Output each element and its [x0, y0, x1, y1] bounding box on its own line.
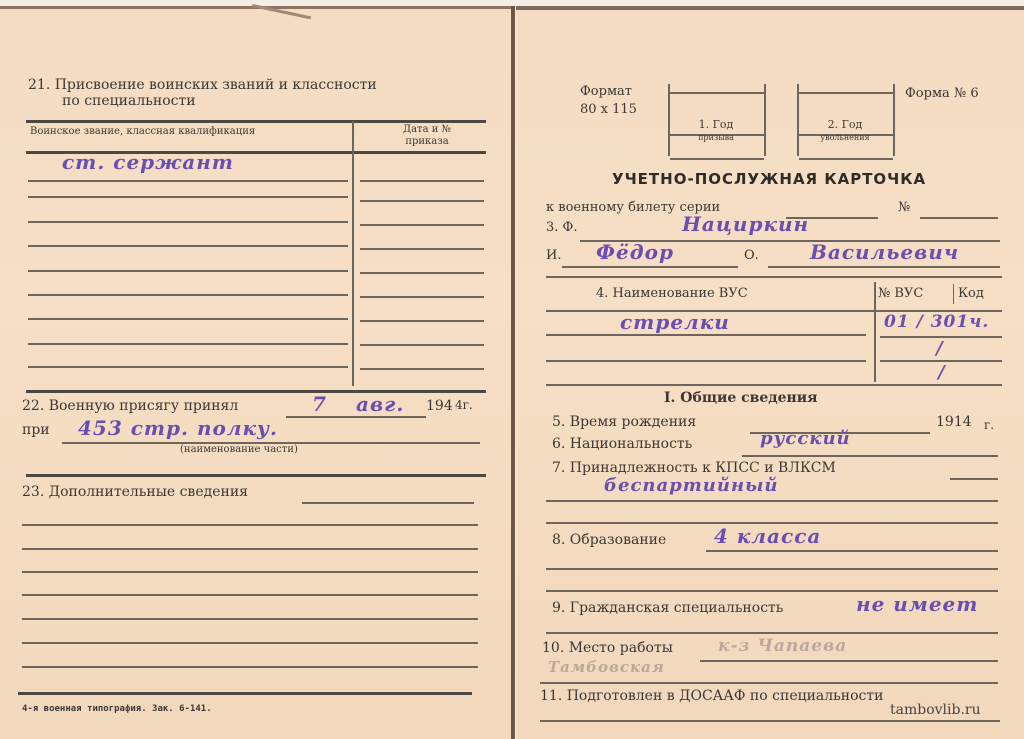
divider [546, 632, 998, 634]
notes-line [22, 618, 478, 620]
table-row-line [360, 248, 484, 250]
oath-unit-caption: (наименование части) [180, 444, 298, 455]
box1-caption: призыва [668, 133, 764, 142]
section21-title-line2: по специальности [62, 93, 196, 109]
form-number: Форма № 6 [905, 86, 979, 101]
table-header-rank: Воинское звание, классная квалификация [30, 126, 255, 137]
divider [540, 682, 998, 684]
party-line [546, 500, 998, 502]
rank-value: ст. сержант [62, 150, 234, 174]
education-line [706, 550, 998, 552]
vus-column-divider [874, 282, 876, 382]
format-size: 80 x 115 [580, 102, 637, 117]
nationality-value: русский [760, 428, 851, 449]
name-line [562, 266, 738, 268]
table-row-line [28, 366, 348, 368]
civil-specialty-label: 9. Гражданская специальность [552, 600, 783, 616]
vus-name-value: стрелки [620, 310, 730, 334]
vus-mark-1: / [936, 338, 944, 359]
party-value: беспартийный [604, 475, 779, 496]
box2-caption: увольнения [797, 133, 893, 142]
surname-label: 3. Ф. [546, 220, 577, 235]
notes-line [22, 548, 478, 550]
book-spine [511, 6, 515, 739]
divider [26, 474, 486, 477]
divider [26, 390, 486, 393]
table-row-line [28, 294, 348, 296]
table-row-line [360, 344, 484, 346]
patronymic-value: Васильевич [810, 240, 959, 264]
table-row-line [360, 272, 484, 274]
patronymic-label: О. [744, 248, 759, 263]
birth-year: 1914 [936, 414, 972, 430]
divider [546, 276, 1002, 278]
nationality-line [742, 455, 998, 457]
party-line-end [950, 478, 998, 480]
table-row-line [360, 224, 484, 226]
table-row-line [360, 368, 484, 370]
oath-date-line [286, 416, 426, 418]
notes-line [22, 524, 478, 526]
table-row-line [28, 318, 348, 320]
notes-line [22, 666, 478, 668]
table-row-line [28, 180, 348, 182]
birth-label: 5. Время рождения [552, 414, 696, 430]
table-row-line [28, 196, 348, 198]
oath-year-suffix: 4г. [455, 398, 473, 412]
card-title: УЧЕТНО-ПОСЛУЖНАЯ КАРТОЧКА [612, 170, 926, 188]
workplace-label: 10. Место работы [542, 640, 673, 656]
id-number-line [920, 217, 998, 219]
vus-code-divider [953, 284, 954, 304]
table-row-line [28, 270, 348, 272]
table-header-date: Дата и № приказа [382, 124, 472, 148]
surname-value: Нациркин [682, 212, 809, 236]
notes-line [22, 594, 478, 596]
table-row-line [360, 296, 484, 298]
oath-month: авг. [356, 392, 404, 416]
vus-number-header: № ВУС [878, 286, 923, 301]
workplace-line [700, 660, 998, 662]
vus-row-line [546, 334, 866, 336]
divider [18, 692, 472, 695]
table-column-divider [352, 121, 354, 386]
table-row-line [360, 320, 484, 322]
name-label: И. [546, 248, 561, 263]
workplace-faded-value: к-з Чапаева [718, 636, 847, 656]
section22-label: 22. Военную присягу принял [22, 398, 238, 414]
oath-at-label: при [22, 422, 50, 438]
divider [540, 720, 1000, 722]
vus-row-line [546, 360, 866, 362]
section21-title-line1: 21. Присвоение воинских званий и классно… [28, 77, 377, 93]
civil-specialty-value: не имеет [856, 592, 978, 616]
divider [546, 568, 998, 570]
birth-year-suffix: г. [984, 418, 994, 432]
box1-label: 1. Год [668, 118, 764, 131]
vus-mark-2: / [938, 362, 946, 383]
party-label: 7. Принадлежность к КПСС и ВЛКСМ [552, 460, 836, 476]
vus-code-header: Код [958, 286, 984, 301]
notes-line [302, 502, 474, 504]
notes-line [22, 571, 478, 573]
notes-line [22, 642, 478, 644]
table-row-line [28, 245, 348, 247]
oath-unit: 453 стр. полку. [78, 416, 278, 440]
section23-label: 23. Дополнительные сведения [22, 484, 248, 500]
left-page [0, 6, 512, 739]
box2-label: 2. Год [797, 118, 893, 131]
table-row-line [28, 221, 348, 223]
table-row-line [360, 200, 484, 202]
watermark: tambovlib.ru [890, 702, 981, 718]
divider [26, 120, 486, 123]
printer-footer: 4-я военная типография. Зак. 6-141. [22, 704, 212, 714]
oath-day: 7 [312, 392, 327, 416]
name-value: Фёдор [596, 240, 674, 264]
general-info-title: I. Общие сведения [664, 390, 818, 406]
education-label: 8. Образование [552, 532, 666, 548]
vus-number-value: 01 / 301ч. [884, 312, 989, 332]
divider [546, 384, 1002, 386]
table-row-line [360, 180, 484, 182]
dosaaf-label: 11. Подготовлен в ДОСААФ по специальност… [540, 688, 883, 704]
patronymic-line [768, 266, 1000, 268]
workplace-faded-value-2: Тамбовская [548, 658, 665, 676]
education-value: 4 класса [714, 524, 821, 548]
table-row-line [28, 343, 348, 345]
nationality-label: 6. Национальность [552, 436, 692, 452]
id-number-label: № [898, 200, 910, 215]
vus-label: 4. Наименование ВУС [596, 286, 748, 301]
oath-year-prefix: 194 [426, 398, 453, 414]
format-label: Формат [580, 84, 632, 99]
